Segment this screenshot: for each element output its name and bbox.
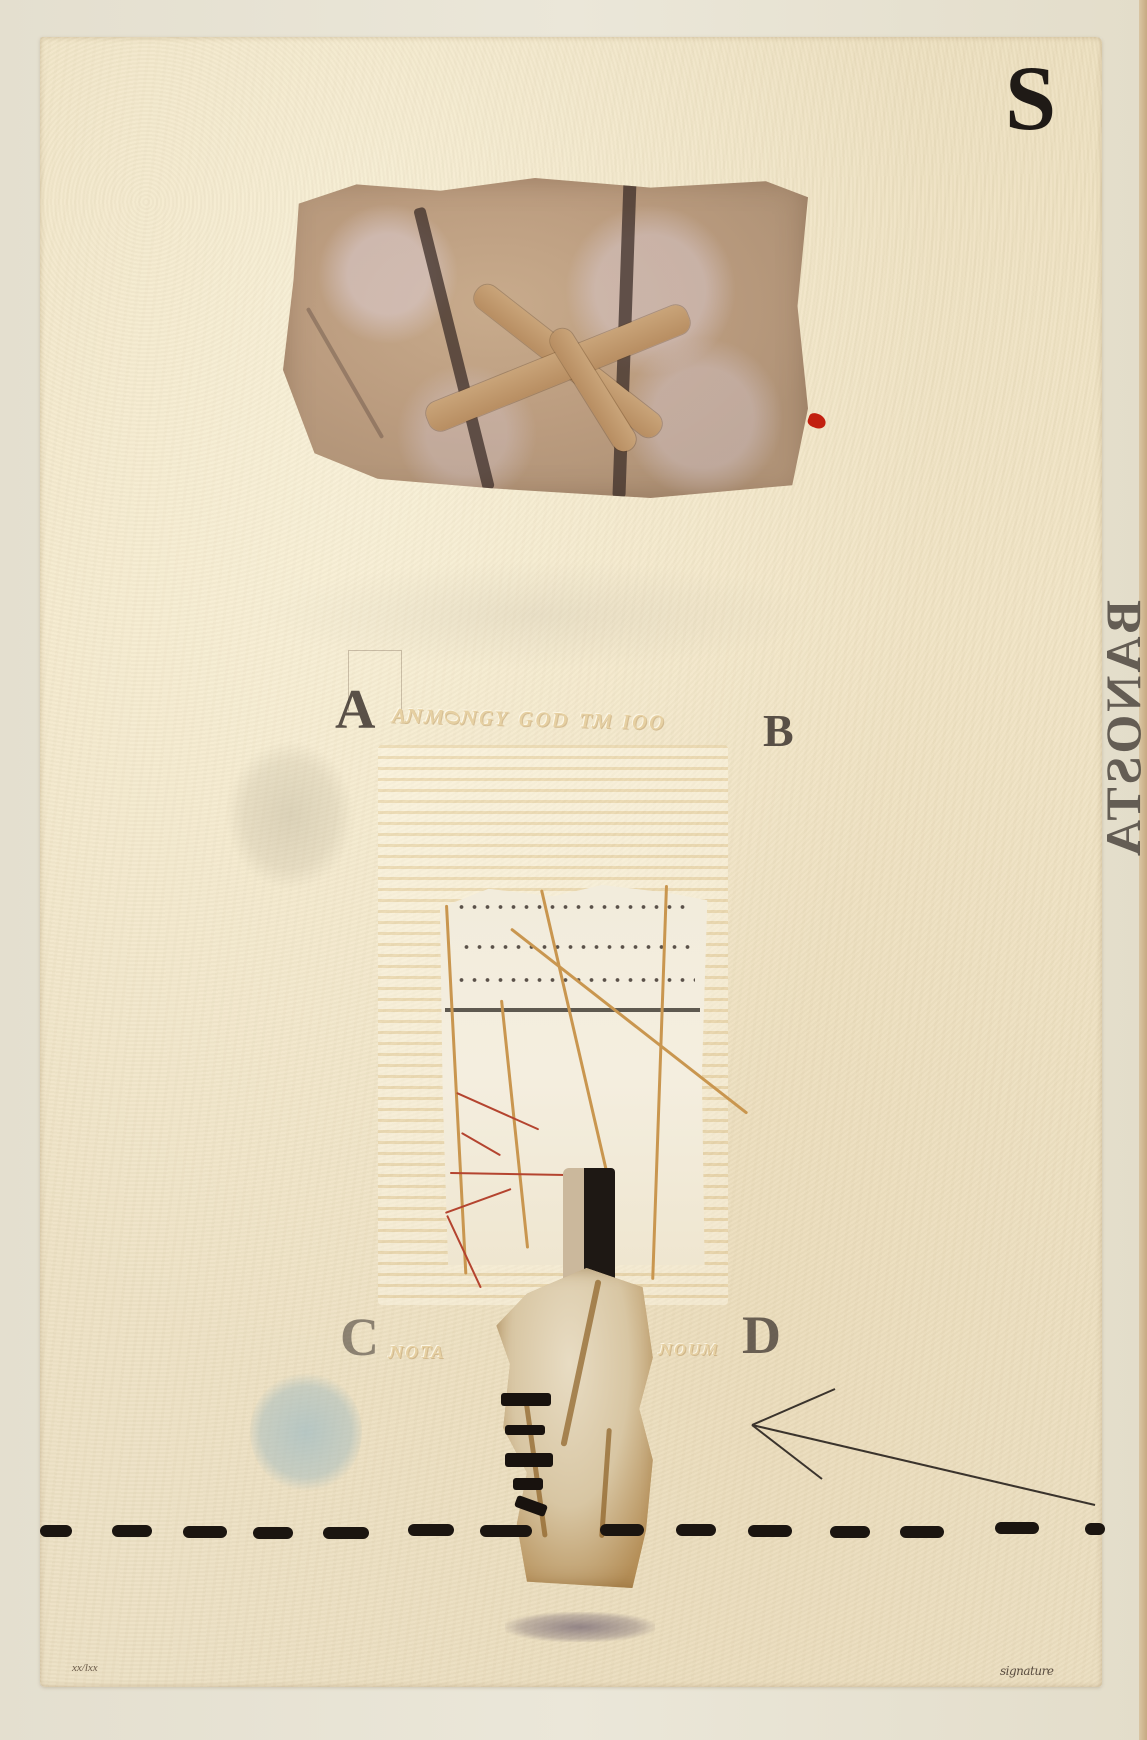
dash — [600, 1524, 644, 1536]
dash — [900, 1526, 944, 1538]
dash — [830, 1526, 870, 1538]
manuscript-script-row-1 — [455, 900, 685, 914]
embossed-script-ab: ᴀɴᴍᴑɴɢʏ ɢᴏᴅ ᴛᴍ ɪᴏᴏ — [393, 696, 667, 737]
stencil-letter-c: C — [340, 1310, 379, 1364]
dash — [676, 1524, 716, 1536]
dash — [40, 1525, 72, 1537]
dash — [480, 1525, 532, 1537]
dash — [408, 1524, 454, 1536]
figure-stencil-bar-3 — [505, 1453, 553, 1467]
artist-signature: signature — [1000, 1664, 1053, 1678]
dash — [995, 1522, 1039, 1534]
figure-stencil-bar-1 — [501, 1393, 551, 1406]
dash — [1085, 1523, 1105, 1535]
dash — [748, 1525, 792, 1537]
embossed-script-d: ɴᴏᴜᴍ — [660, 1335, 718, 1362]
stencil-letter-a: A — [335, 682, 375, 738]
top-collage-piece — [283, 178, 808, 498]
purple-gray-smudge — [505, 1612, 655, 1642]
gray-smudge — [225, 740, 355, 890]
dash — [183, 1526, 227, 1538]
faint-shadow-band — [260, 560, 820, 670]
vertical-stencil-text: BANOSTA — [1093, 600, 1147, 1020]
dash — [323, 1527, 369, 1539]
figure-stencil-bar-2 — [505, 1425, 545, 1435]
embossed-script-c: ɴᴏᴛᴀ — [390, 1335, 444, 1365]
pencil-arrow — [750, 1375, 1110, 1515]
dashed-horizon-line — [40, 1525, 1105, 1539]
dash — [112, 1525, 152, 1537]
blue-smudge — [250, 1372, 362, 1492]
edition-number: xx/lxx — [72, 1662, 98, 1674]
figure-stencil-bar-4 — [513, 1478, 543, 1490]
dash — [253, 1527, 293, 1539]
stencil-letter-b: B — [763, 708, 794, 754]
manuscript-script-row-2 — [460, 940, 695, 954]
stencil-letter-d: D — [742, 1308, 781, 1362]
corner-letter-s: S — [1005, 52, 1054, 144]
